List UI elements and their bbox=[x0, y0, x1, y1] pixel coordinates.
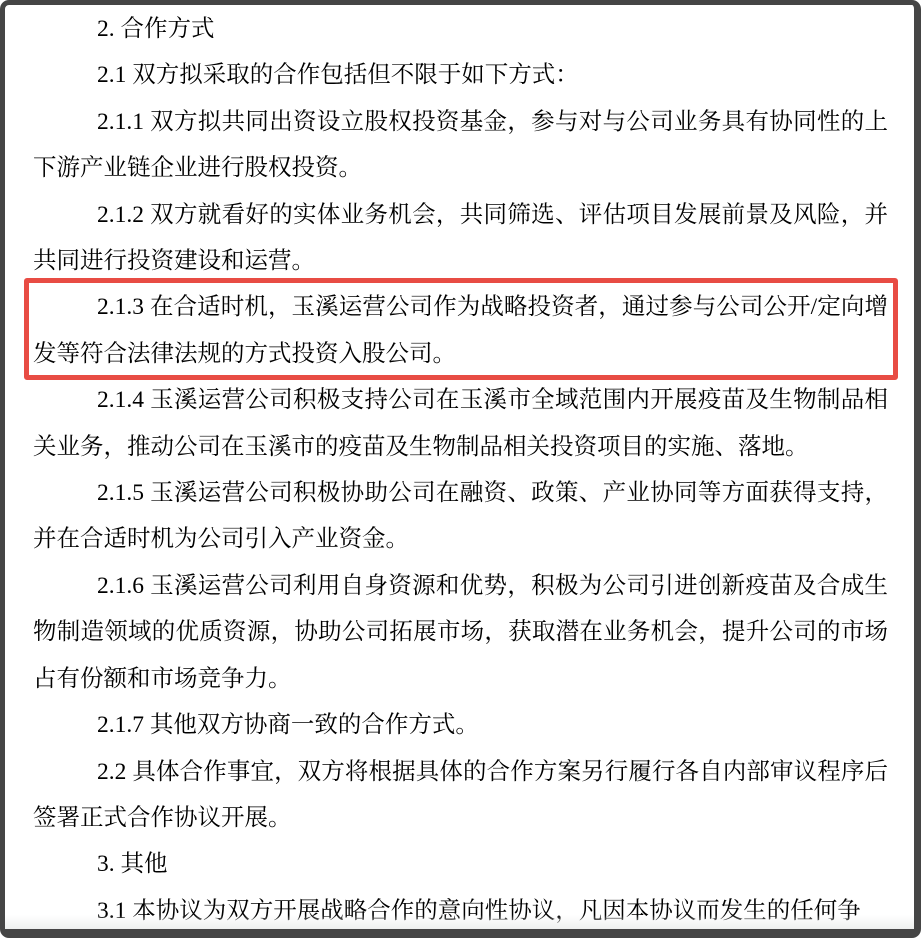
paragraph-2-1-6: 2.1.6 玉溪运营公司利用自身资源和优势，积极为公司引进创新疫苗及合成生物制造… bbox=[33, 563, 888, 702]
highlighted-clause-container: 2.1.3 在合适时机，玉溪运营公司作为战略投资者，通过参与公司公开/定向增发等… bbox=[33, 284, 888, 377]
paragraph-2-1-3: 2.1.3 在合适时机，玉溪运营公司作为战略投资者，通过参与公司公开/定向增发等… bbox=[33, 284, 888, 377]
paragraph-2-1-5: 2.1.5 玉溪运营公司积极协助公司在融资、政策、产业协同等方面获得支持，并在合… bbox=[33, 470, 888, 563]
paragraph-3-heading: 3. 其他 bbox=[33, 841, 888, 887]
paragraph-2-heading: 2. 合作方式 bbox=[33, 6, 888, 52]
paragraph-3-1: 3.1 本协议为双方开展战略合作的意向性协议，凡因本协议而发生的任何争 bbox=[33, 888, 888, 934]
paragraph-2-2: 2.2 具体合作事宜，双方将根据具体的合作方案另行履行各自内部审议程序后签署正式… bbox=[33, 749, 888, 842]
paragraph-2-1-7: 2.1.7 其他双方协商一致的合作方式。 bbox=[33, 702, 888, 748]
paragraph-2-1-2: 2.1.2 双方就看好的实体业务机会，共同筛选、评估项目发展前景及风险，并共同进… bbox=[33, 192, 888, 285]
paragraph-2-1-4: 2.1.4 玉溪运营公司积极支持公司在玉溪市全域范围内开展疫苗及生物制品相关业务… bbox=[33, 377, 888, 470]
document-body: 2. 合作方式 2.1 双方拟采取的合作包括但不限于如下方式： 2.1.1 双方… bbox=[5, 5, 914, 929]
paragraph-2-1-1: 2.1.1 双方拟共同出资设立股权投资基金，参与对与公司业务具有协同性的上下游产… bbox=[33, 99, 888, 192]
paragraph-2-1: 2.1 双方拟采取的合作包括但不限于如下方式： bbox=[33, 52, 888, 98]
document-page: 2. 合作方式 2.1 双方拟采取的合作包括但不限于如下方式： 2.1.1 双方… bbox=[0, 0, 921, 938]
